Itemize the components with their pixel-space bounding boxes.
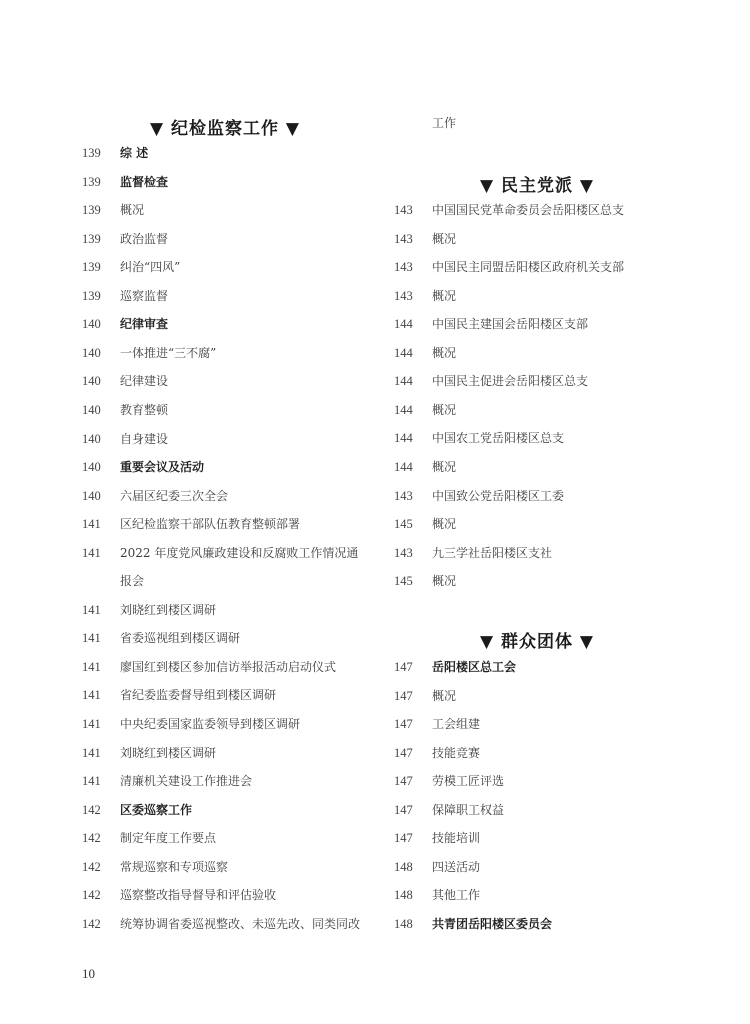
entry-title: 常规巡察和专项巡察 [120, 857, 228, 877]
entry-title: 报会 [120, 571, 144, 591]
page-reference: 142 [82, 800, 116, 820]
page-reference: 141 [82, 771, 116, 791]
page-reference: 141 [82, 743, 116, 763]
entry-title: 岳阳楼区总工会 [432, 657, 516, 677]
entry-title: 政治监督 [120, 229, 168, 249]
page-reference: 140 [82, 371, 116, 391]
page-reference: 143 [394, 200, 428, 220]
page-reference: 144 [394, 428, 428, 448]
entry-title: 概况 [432, 286, 456, 306]
entry-title: 2022 年度党风廉政建设和反腐败工作情况通 [120, 543, 358, 563]
page-reference: 144 [394, 314, 428, 334]
entry-title: 制定年度工作要点 [120, 828, 216, 848]
entry-title: 概况 [120, 200, 144, 220]
page-reference: 147 [394, 743, 428, 763]
page-reference: 142 [82, 885, 116, 905]
page-reference: 139 [82, 286, 116, 306]
page-reference: 143 [394, 286, 428, 306]
entry-title: 中国民主建国会岳阳楼区支部 [432, 314, 588, 334]
page-number: 10 [82, 966, 95, 982]
page-reference: 143 [394, 229, 428, 249]
entry-title: 中国农工党岳阳楼区总支 [432, 428, 564, 448]
entry-title: 统筹协调省委巡视整改、未巡先改、同类同改 [120, 914, 360, 934]
page-reference: 147 [394, 800, 428, 820]
page-reference: 147 [394, 828, 428, 848]
entry-title: 监督检查 [120, 172, 168, 192]
page-reference: 141 [82, 714, 116, 734]
page-reference: 147 [394, 771, 428, 791]
entry-title: 保障职工权益 [432, 800, 504, 820]
entry-title: 纪律审查 [120, 314, 168, 334]
page-reference: 142 [82, 828, 116, 848]
entry-title: 工作 [432, 113, 456, 133]
entry-title: 四送活动 [432, 857, 480, 877]
entry-title: 刘晓红到楼区调研 [120, 600, 216, 620]
entry-title: 纪律建设 [120, 371, 168, 391]
page-reference: 144 [394, 457, 428, 477]
entry-title: 自身建设 [120, 429, 168, 449]
entry-title: 概况 [432, 400, 456, 420]
page-reference: 141 [82, 600, 116, 620]
page-reference: 139 [82, 257, 116, 277]
entry-title: 巡察整改指导督导和评估验收 [120, 885, 276, 905]
page-reference: 139 [82, 143, 116, 163]
entry-title: 概况 [432, 343, 456, 363]
page-reference: 147 [394, 657, 428, 677]
page-reference: 141 [82, 685, 116, 705]
page-reference: 145 [394, 571, 428, 591]
entry-title: 中国民主促进会岳阳楼区总支 [432, 371, 588, 391]
entry-title: 刘晓红到楼区调研 [120, 743, 216, 763]
entry-title: 共青团岳阳楼区委员会 [432, 914, 552, 934]
page-reference: 143 [394, 486, 428, 506]
page-reference: 142 [82, 914, 116, 934]
entry-title: 纠治“四风” [120, 257, 180, 277]
entry-title: 清廉机关建设工作推进会 [120, 771, 252, 791]
page-reference: 144 [394, 371, 428, 391]
page-reference: 141 [82, 657, 116, 677]
page-reference: 140 [82, 314, 116, 334]
entry-title: 区纪检监察干部队伍教育整顿部署 [120, 514, 300, 534]
page-reference: 143 [394, 543, 428, 563]
entry-title: 技能培训 [432, 828, 480, 848]
entry-title: 中央纪委国家监委领导到楼区调研 [120, 714, 300, 734]
entry-title: 一体推进“三不腐” [120, 343, 216, 363]
entry-title: 教育整顿 [120, 400, 168, 420]
page-reference: 141 [82, 628, 116, 648]
entry-title: 概况 [432, 571, 456, 591]
section-heading-discipline-inspection: ▼ 纪检监察工作 ▼ [150, 114, 300, 139]
entry-title: 中国民主同盟岳阳楼区政府机关支部 [432, 257, 624, 277]
page-reference: 145 [394, 514, 428, 534]
page-reference: 139 [82, 229, 116, 249]
entry-title: 巡察监督 [120, 286, 168, 306]
entry-title: 廖国红到楼区参加信访举报活动启动仪式 [120, 657, 336, 677]
entry-title: 九三学社岳阳楼区支社 [432, 543, 552, 563]
page-reference: 148 [394, 857, 428, 877]
entry-title: 重要会议及活动 [120, 457, 204, 477]
entry-title: 概况 [432, 686, 456, 706]
entry-title: 技能竞赛 [432, 743, 480, 763]
page-reference: 140 [82, 486, 116, 506]
entry-title: 省委巡视组到楼区调研 [120, 628, 240, 648]
page-reference: 147 [394, 686, 428, 706]
page-reference: 140 [82, 343, 116, 363]
entry-title: 概况 [432, 229, 456, 249]
page-reference: 141 [82, 543, 116, 563]
entry-title: 省纪委监委督导组到楼区调研 [120, 685, 276, 705]
page-reference: 148 [394, 885, 428, 905]
entry-title: 劳模工匠评选 [432, 771, 504, 791]
entry-title: 概况 [432, 457, 456, 477]
page-reference: 139 [82, 200, 116, 220]
page-reference: 147 [394, 714, 428, 734]
section-heading-democratic-parties: ▼ 民主党派 ▼ [480, 171, 594, 196]
page-reference: 140 [82, 400, 116, 420]
entry-title: 中国致公党岳阳楼区工委 [432, 486, 564, 506]
entry-title: 综 述 [120, 143, 148, 163]
page-reference: 142 [82, 857, 116, 877]
entry-title: 中国国民党革命委员会岳阳楼区总支 [432, 200, 624, 220]
entry-title: 工会组建 [432, 714, 480, 734]
entry-title: 概况 [432, 514, 456, 534]
page-reference: 140 [82, 457, 116, 477]
page-reference: 143 [394, 257, 428, 277]
page-reference: 144 [394, 400, 428, 420]
entry-title: 其他工作 [432, 885, 480, 905]
page-reference: 144 [394, 343, 428, 363]
page-reference: 141 [82, 514, 116, 534]
page-reference: 139 [82, 172, 116, 192]
entry-title: 六届区纪委三次全会 [120, 486, 228, 506]
page-reference: 148 [394, 914, 428, 934]
entry-title: 区委巡察工作 [120, 800, 192, 820]
page-reference: 140 [82, 429, 116, 449]
section-heading-mass-organizations: ▼ 群众团体 ▼ [480, 627, 594, 652]
